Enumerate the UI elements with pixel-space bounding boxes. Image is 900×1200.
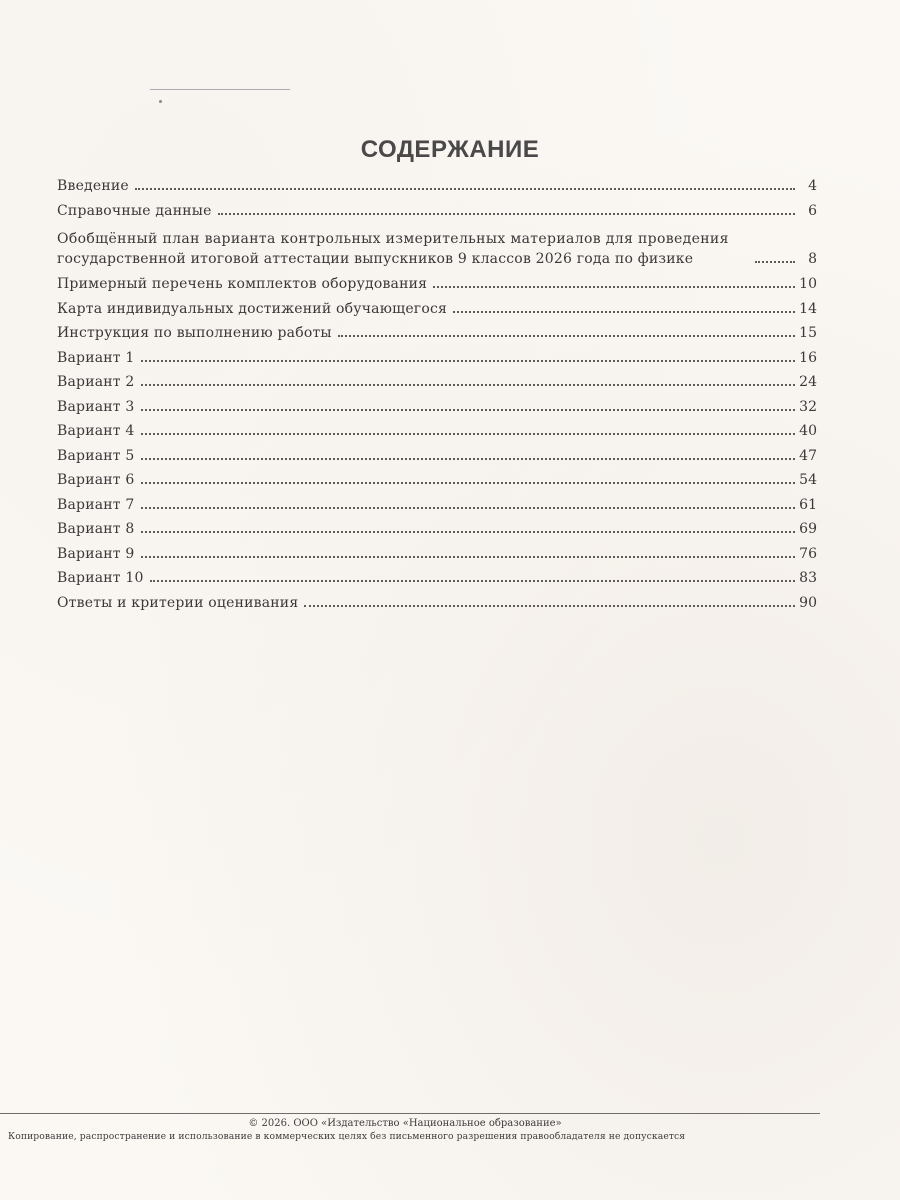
table-of-contents: Введение 4 Справочные данные 6 Обобщённы… <box>57 178 817 619</box>
toc-entry-variant-9[interactable]: Вариант 9 76 <box>57 546 817 571</box>
dot-leader <box>755 251 795 263</box>
dot-leader <box>141 423 795 435</box>
toc-entry-page: 32 <box>795 399 817 415</box>
toc-entry-achievement-map[interactable]: Карта индивидуальных достижений обучающе… <box>57 301 817 326</box>
dot-leader <box>141 472 795 484</box>
toc-entry-variant-5[interactable]: Вариант 5 47 <box>57 448 817 473</box>
toc-entry-page: 61 <box>795 497 817 513</box>
bleed-through-line <box>150 89 290 90</box>
toc-entry-page: 8 <box>795 251 817 267</box>
toc-entry-variant-1[interactable]: Вариант 1 16 <box>57 350 817 375</box>
toc-entry-variant-7[interactable]: Вариант 7 61 <box>57 497 817 522</box>
toc-entry-equipment-list[interactable]: Примерный перечень комплектов оборудован… <box>57 276 817 301</box>
toc-entry-page: 47 <box>795 448 817 464</box>
toc-entry-label: Карта индивидуальных достижений обучающе… <box>57 301 453 317</box>
dot-leader <box>150 570 795 582</box>
toc-entry-label: Вариант 8 <box>57 521 141 537</box>
toc-entry-page: 69 <box>795 521 817 537</box>
toc-entry-variant-6[interactable]: Вариант 6 54 <box>57 472 817 497</box>
toc-entry-page: 76 <box>795 546 817 562</box>
dot-leader <box>141 521 795 533</box>
dot-leader <box>218 203 795 215</box>
toc-entry-label: Вариант 1 <box>57 350 141 366</box>
toc-entry-label: Примерный перечень комплектов оборудован… <box>57 276 433 292</box>
toc-entry-page: 10 <box>795 276 817 292</box>
dot-leader <box>433 276 795 288</box>
dot-leader <box>141 399 795 411</box>
toc-entry-label: Вариант 7 <box>57 497 141 513</box>
dot-leader <box>141 350 795 362</box>
toc-entry-variant-8[interactable]: Вариант 8 69 <box>57 521 817 546</box>
toc-entry-page: 14 <box>795 301 817 317</box>
toc-entry-generalized-plan[interactable]: Обобщённый план варианта контрольных изм… <box>57 227 817 273</box>
toc-entry-label: Справочные данные <box>57 203 218 219</box>
toc-entry-label: Вариант 6 <box>57 472 141 488</box>
toc-entry-answers[interactable]: Ответы и критерии оценивания 90 <box>57 595 817 620</box>
toc-entry-page: 6 <box>795 203 817 219</box>
toc-entry-page: 16 <box>795 350 817 366</box>
toc-entry-page: 54 <box>795 472 817 488</box>
dot-leader <box>141 497 795 509</box>
toc-entry-label: Вариант 5 <box>57 448 141 464</box>
toc-entry-variant-10[interactable]: Вариант 10 83 <box>57 570 817 595</box>
dot-leader <box>141 448 795 460</box>
dot-leader <box>135 178 795 190</box>
toc-entry-label: Введение <box>57 178 135 194</box>
toc-entry-label: Инструкция по выполнению работы <box>57 325 338 341</box>
toc-entry-label: Вариант 3 <box>57 399 141 415</box>
toc-entry-page: 24 <box>795 374 817 390</box>
toc-entry-label: Вариант 9 <box>57 546 141 562</box>
dot-leader <box>453 301 795 313</box>
toc-entry-label: Вариант 2 <box>57 374 141 390</box>
toc-entry-label: Вариант 4 <box>57 423 141 439</box>
toc-entry-page: 15 <box>795 325 817 341</box>
toc-entry-instructions[interactable]: Инструкция по выполнению работы 15 <box>57 325 817 350</box>
footer-copy-notice: Копирование, распространение и использов… <box>8 1131 818 1142</box>
dot-leader <box>141 546 795 558</box>
toc-entry-introduction[interactable]: Введение 4 <box>57 178 817 203</box>
dot-leader <box>338 325 795 337</box>
toc-entry-page: 4 <box>795 178 817 194</box>
toc-entry-variant-3[interactable]: Вариант 3 32 <box>57 399 817 424</box>
dot-leader <box>141 374 795 386</box>
dot-leader <box>304 595 795 607</box>
toc-entry-label: Ответы и критерии оценивания <box>57 595 304 611</box>
toc-entry-label-line1: Обобщённый план варианта контрольных изм… <box>57 227 817 251</box>
page-title: СОДЕРЖАНИЕ <box>0 136 900 164</box>
toc-entry-reference-data[interactable]: Справочные данные 6 <box>57 203 817 228</box>
toc-entry-variant-2[interactable]: Вариант 2 24 <box>57 374 817 399</box>
footer-copyright: © 2026. ООО «Издательство «Национальное … <box>0 1118 810 1129</box>
toc-entry-page: 83 <box>795 570 817 586</box>
toc-entry-page: 90 <box>795 595 817 611</box>
paper-speck <box>159 100 162 103</box>
toc-entry-page: 40 <box>795 423 817 439</box>
toc-entry-label: Вариант 10 <box>57 570 150 586</box>
toc-entry-variant-4[interactable]: Вариант 4 40 <box>57 423 817 448</box>
toc-entry-label: государственной итоговой аттестации выпу… <box>57 251 699 267</box>
footer-divider <box>0 1113 820 1114</box>
